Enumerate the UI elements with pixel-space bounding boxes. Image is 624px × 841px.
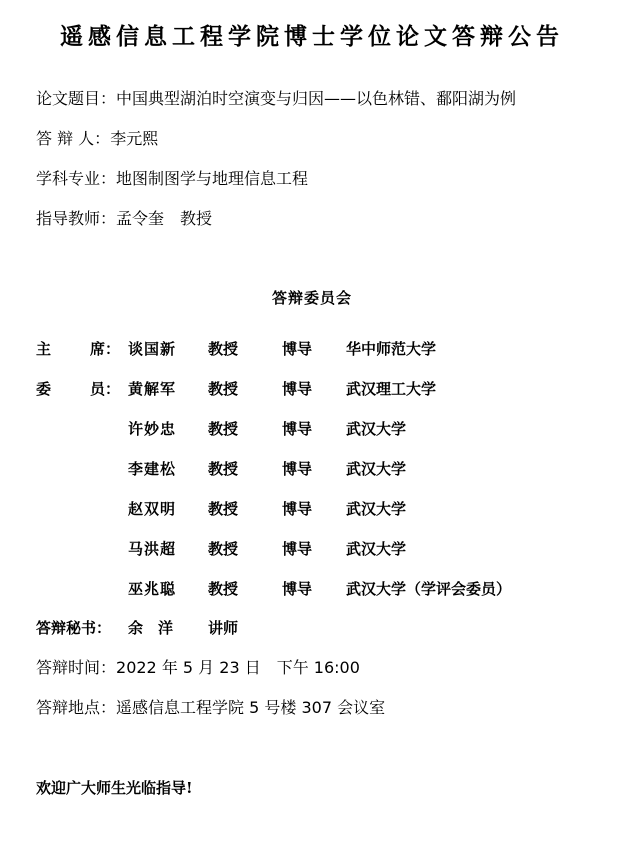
role-char-1: 委 bbox=[36, 378, 51, 400]
member-title: 教授 bbox=[208, 498, 238, 520]
committee-row: 赵双明 教授 博导 武汉大学 bbox=[36, 498, 596, 520]
thesis-topic-value: 中国典型湖泊时空演变与归因——以色林错、鄱阳湖为例 bbox=[116, 89, 516, 108]
advisor-label: 指导教师： bbox=[36, 209, 116, 228]
committee-row-chair: 主 席： 谈国新 教授 博导 华中师范大学 bbox=[36, 338, 596, 360]
role-char-2: 席： bbox=[90, 338, 120, 360]
member-supervisor: 博导 bbox=[282, 378, 312, 400]
member-name: 赵双明 bbox=[128, 498, 176, 520]
member-title: 教授 bbox=[208, 338, 238, 360]
defense-place-value: 遥感信息工程学院 5 号楼 307 会议室 bbox=[116, 698, 385, 717]
secretary-name: 余 洋 bbox=[128, 617, 173, 639]
member-name: 李建松 bbox=[128, 458, 176, 480]
member-title: 教授 bbox=[208, 538, 238, 560]
defense-time-label: 答辩时间： bbox=[36, 658, 116, 677]
member-name: 许妙忠 bbox=[128, 418, 176, 440]
candidate-label: 答 辩 人： bbox=[36, 129, 110, 148]
committee-row: 马洪超 教授 博导 武汉大学 bbox=[36, 538, 596, 560]
defense-place-line: 答辩地点：遥感信息工程学院 5 号楼 307 会议室 bbox=[36, 697, 385, 719]
secretary-title: 讲师 bbox=[208, 617, 238, 639]
member-institution: 武汉大学 bbox=[346, 458, 406, 480]
member-institution: 武汉理工大学 bbox=[346, 378, 436, 400]
committee-row: 巫兆聪 教授 博导 武汉大学（学评会委员） bbox=[36, 578, 596, 600]
candidate-line: 答 辩 人：李元熙 bbox=[36, 128, 158, 150]
advisor-value: 孟令奎 教授 bbox=[116, 209, 212, 228]
thesis-topic-label: 论文题目： bbox=[36, 89, 116, 108]
member-supervisor: 博导 bbox=[282, 498, 312, 520]
committee-heading: 答辩委员会 bbox=[0, 287, 624, 309]
major-line: 学科专业：地图制图学与地理信息工程 bbox=[36, 168, 308, 190]
defense-time-line: 答辩时间：2022 年 5 月 23 日 下午 16:00 bbox=[36, 657, 360, 679]
member-supervisor: 博导 bbox=[282, 458, 312, 480]
member-institution: 武汉大学 bbox=[346, 498, 406, 520]
member-supervisor: 博导 bbox=[282, 538, 312, 560]
member-supervisor: 博导 bbox=[282, 338, 312, 360]
member-institution: 武汉大学（学评会委员） bbox=[346, 578, 511, 600]
role-char-2: 员： bbox=[90, 378, 120, 400]
member-title: 教授 bbox=[208, 578, 238, 600]
member-name: 黄解军 bbox=[128, 378, 176, 400]
member-supervisor: 博导 bbox=[282, 578, 312, 600]
member-name: 谈国新 bbox=[128, 338, 176, 360]
advisor-line: 指导教师：孟令奎 教授 bbox=[36, 208, 212, 230]
thesis-topic-line: 论文题目：中国典型湖泊时空演变与归因——以色林错、鄱阳湖为例 bbox=[36, 88, 516, 110]
candidate-value: 李元熙 bbox=[110, 129, 158, 148]
closing-invitation: 欢迎广大师生光临指导! bbox=[36, 777, 193, 799]
member-title: 教授 bbox=[208, 378, 238, 400]
member-name: 巫兆聪 bbox=[128, 578, 176, 600]
member-institution: 武汉大学 bbox=[346, 418, 406, 440]
role-char-1: 主 bbox=[36, 338, 51, 360]
member-institution: 华中师范大学 bbox=[346, 338, 436, 360]
member-name: 马洪超 bbox=[128, 538, 176, 560]
member-supervisor: 博导 bbox=[282, 418, 312, 440]
committee-row: 委 员： 黄解军 教授 博导 武汉理工大学 bbox=[36, 378, 596, 400]
member-title: 教授 bbox=[208, 418, 238, 440]
member-title: 教授 bbox=[208, 458, 238, 480]
secretary-line: 答辩秘书： 余 洋 讲师 bbox=[36, 617, 336, 639]
announcement-title: 遥感信息工程学院博士学位论文答辩公告 bbox=[0, 22, 624, 52]
major-label: 学科专业： bbox=[36, 169, 116, 188]
member-institution: 武汉大学 bbox=[346, 538, 406, 560]
defense-time-value: 2022 年 5 月 23 日 下午 16:00 bbox=[116, 658, 360, 677]
defense-place-label: 答辩地点： bbox=[36, 698, 116, 717]
committee-row: 李建松 教授 博导 武汉大学 bbox=[36, 458, 596, 480]
major-value: 地图制图学与地理信息工程 bbox=[116, 169, 308, 188]
committee-row: 许妙忠 教授 博导 武汉大学 bbox=[36, 418, 596, 440]
secretary-label: 答辩秘书： bbox=[36, 617, 111, 639]
